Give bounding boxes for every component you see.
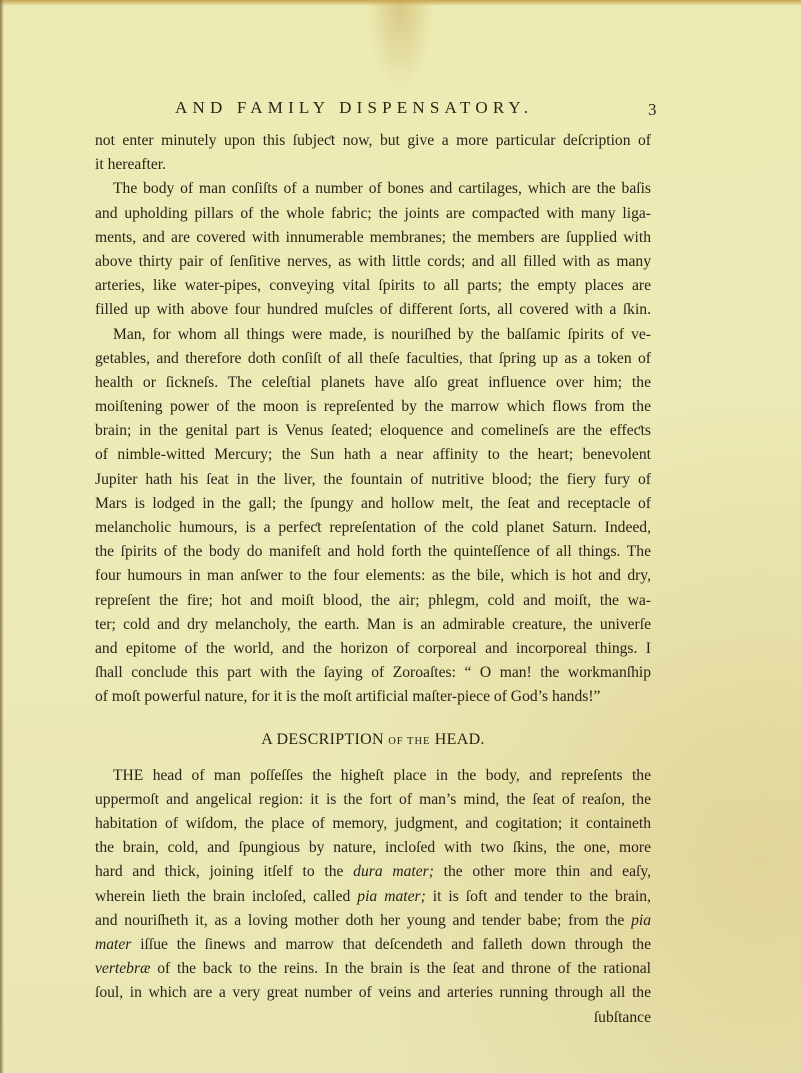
text-run: it is ſoft and tender to the brain, bbox=[426, 888, 651, 905]
paragraph-start: Man, for whom all things were made, is n… bbox=[95, 323, 651, 347]
text-line: the ſpirits of the body do manifeſt and … bbox=[95, 540, 651, 564]
section-heading: A DESCRIPTION OF THE HEAD. bbox=[95, 728, 651, 752]
text-line: vertebræ of the back to the reins. In th… bbox=[95, 957, 651, 981]
heading-end: HEAD. bbox=[435, 731, 485, 748]
page-number: 3 bbox=[648, 100, 657, 120]
text-line: not enter minutely upon this ſubjeƈt now… bbox=[95, 129, 651, 153]
text-line: it hereafter. bbox=[95, 153, 651, 177]
text-run: wherein lieth the brain incloſed, called bbox=[95, 888, 357, 905]
text-line: moiſtening power of the moon is repreſen… bbox=[95, 395, 651, 419]
text-line: uppermoſt and angelical region: it is th… bbox=[95, 788, 651, 812]
book-page: AND FAMILY DISPENSATORY. 3 not enter min… bbox=[0, 0, 801, 1073]
page-top-edge bbox=[0, 0, 801, 6]
text-line: of moſt powerful nature, for it is the m… bbox=[95, 685, 651, 709]
text-line: wherein lieth the brain incloſed, called… bbox=[95, 885, 651, 909]
paragraph-start: The body of man conſiſts of a number of … bbox=[95, 177, 651, 201]
text-line: of nimble-witted Mercury; the Sun hath a… bbox=[95, 443, 651, 467]
text-line: hard and thick, joining itſelf to the du… bbox=[95, 860, 651, 884]
text-line: Mars is lodged in the gall; the ſpungy a… bbox=[95, 492, 651, 516]
italic-term: dura mater; bbox=[353, 863, 434, 880]
text-line: above thirty pair of ſenſitive nerves, a… bbox=[95, 250, 651, 274]
text-line: ter; cold and dry melancholy, the earth.… bbox=[95, 613, 651, 637]
italic-term: pia bbox=[631, 912, 651, 929]
text-run: iſſue the ſinews and marrow that deſcend… bbox=[131, 936, 651, 953]
text-run: and nouriſheth it, as a loving mother do… bbox=[95, 912, 631, 929]
text-line: Jupiter hath his ſeat in the liver, the … bbox=[95, 468, 651, 492]
text-run: of the back to the reins. In the brain i… bbox=[150, 960, 651, 977]
text-line: melancholic humours, is a perfeƈt repreſ… bbox=[95, 516, 651, 540]
heading-small-caps: OF THE bbox=[388, 736, 430, 747]
text-line: repreſent the fire; hot and moiſt blood,… bbox=[95, 589, 651, 613]
text-line: habitation of wiſdom, the place of memor… bbox=[95, 812, 651, 836]
catchword: ſubſtance bbox=[95, 1006, 651, 1030]
heading-main: A DESCRIPTION bbox=[261, 731, 384, 748]
italic-term: mater bbox=[95, 936, 131, 953]
text-line: and epitome of the world, and the horizo… bbox=[95, 637, 651, 661]
text-line: and upholding pillars of the whole fabri… bbox=[95, 202, 651, 226]
text-line: mater iſſue the ſinews and marrow that d… bbox=[95, 933, 651, 957]
text-line: arteries, like water-pipes, conveying vi… bbox=[95, 274, 651, 298]
text-line: four humours in man anſwer to the four e… bbox=[95, 564, 651, 588]
italic-term: vertebræ bbox=[95, 960, 150, 977]
italic-term: pia mater; bbox=[357, 888, 425, 905]
text-line: ſhall conclude this part with the ſaying… bbox=[95, 661, 651, 685]
text-line: ſoul, in which are a very great number o… bbox=[95, 981, 651, 1005]
text-line: health or ſickneſs. The celeſtial planet… bbox=[95, 371, 651, 395]
text-line: the brain, cold, and ſpungious by nature… bbox=[95, 836, 651, 860]
text-line: and nouriſheth it, as a loving mother do… bbox=[95, 909, 651, 933]
page-binding-edge bbox=[0, 0, 4, 1073]
body-text: not enter minutely upon this ſubjeƈt now… bbox=[95, 129, 651, 1030]
paragraph-start: THE head of man poſſeſſes the higheſt pl… bbox=[95, 764, 651, 788]
running-title: AND FAMILY DISPENSATORY. bbox=[175, 98, 655, 118]
text-line: brain; in the genital part is Venus ſeat… bbox=[95, 419, 651, 443]
text-line: filled up with above four hundred muſcle… bbox=[95, 298, 651, 322]
text-run: the other more thin and eaſy, bbox=[434, 863, 651, 880]
text-run: hard and thick, joining itſelf to the bbox=[95, 863, 353, 880]
text-line: getables, and therefore doth conſiſt of … bbox=[95, 347, 651, 371]
text-line: ments, and are covered with innumerable … bbox=[95, 226, 651, 250]
